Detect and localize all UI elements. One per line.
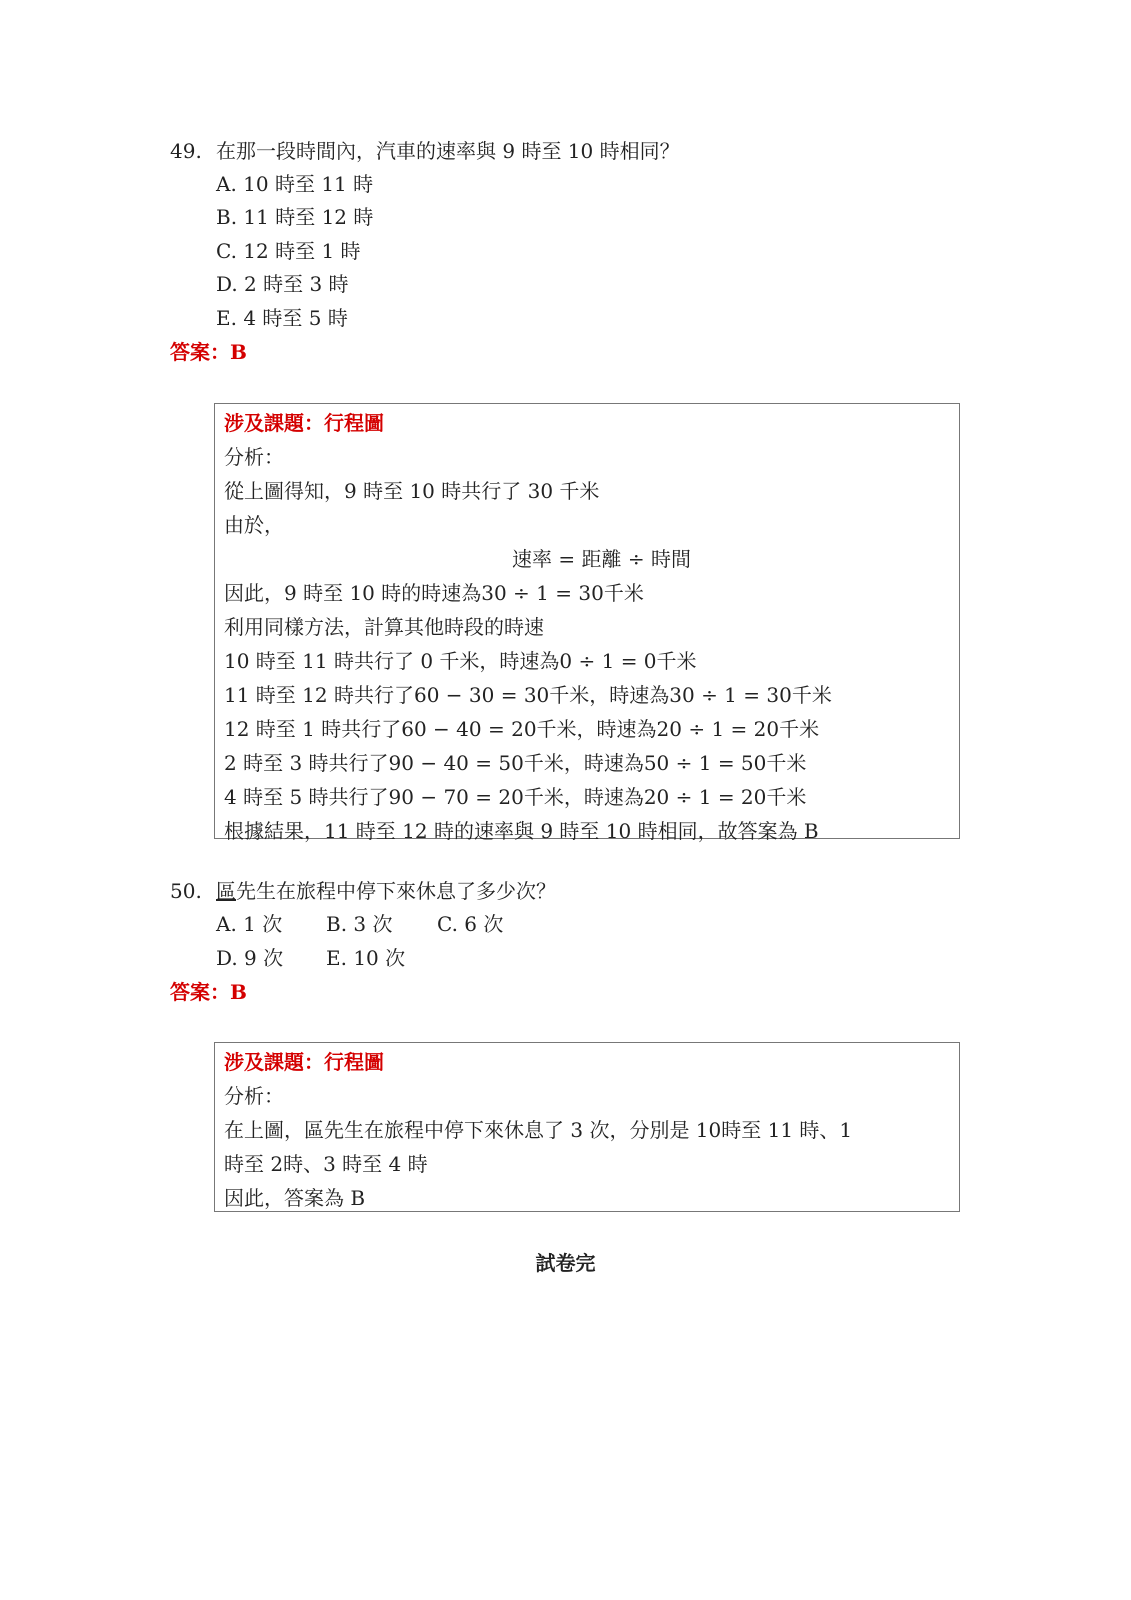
- option-c: C. 6 次: [437, 910, 503, 938]
- option-d: D. 2 時至 3 時: [216, 270, 349, 298]
- analysis-line: 因此，答案為 B: [224, 1181, 951, 1215]
- analysis-line: 12 時至 1 時共行了60 − 40 = 20千米，時速為20 ÷ 1 = 2…: [224, 712, 951, 746]
- question-number: 49.: [170, 137, 202, 165]
- analysis-line: 10 時至 11 時共行了 0 千米，時速為0 ÷ 1 = 0千米: [224, 644, 951, 678]
- analysis-box: 涉及課題：行程圖 分析： 在上圖，區先生在旅程中停下來休息了 3 次，分別是 1…: [214, 1042, 960, 1212]
- question-text: 區先生在旅程中停下來休息了多少次？: [216, 877, 556, 905]
- question-number: 50.: [170, 877, 202, 905]
- option-d: D. 9 次: [216, 944, 283, 972]
- question-text: 在那一段時間內，汽車的速率與 9 時至 10 時相同？: [216, 137, 680, 165]
- analysis-line: 分析：: [224, 440, 951, 474]
- topic-heading: 涉及課題：行程圖: [224, 406, 951, 440]
- formula-line: 速率 = 距離 ÷ 時間: [224, 542, 951, 576]
- option-c: C. 12 時至 1 時: [216, 237, 361, 265]
- option-b: B. 3 次: [326, 910, 393, 938]
- analysis-line: 因此，9 時至 10 時的時速為30 ÷ 1 = 30千米: [224, 576, 951, 610]
- underlined-name: 區: [216, 879, 236, 903]
- option-e: E. 10 次: [326, 944, 405, 972]
- paper-end-label: 試卷完: [0, 1249, 1131, 1277]
- analysis-line: 分析：: [224, 1079, 951, 1113]
- analysis-line: 11 時至 12 時共行了60 − 30 = 30千米，時速為30 ÷ 1 = …: [224, 678, 951, 712]
- analysis-line: 利用同樣方法，計算其他時段的時速: [224, 610, 951, 644]
- option-b: B. 11 時至 12 時: [216, 203, 373, 231]
- option-a: A. 10 時至 11 時: [216, 170, 373, 198]
- option-a: A. 1 次: [216, 910, 282, 938]
- analysis-line: 根據結果，11 時至 12 時的速率與 9 時至 10 時相同，故答案為 B: [224, 814, 951, 848]
- analysis-line: 在上圖，區先生在旅程中停下來休息了 3 次，分別是 10時至 11 時、1: [224, 1113, 951, 1147]
- option-e: E. 4 時至 5 時: [216, 304, 348, 332]
- question-text-rest: 先生在旅程中停下來休息了多少次？: [236, 879, 556, 903]
- answer-label: 答案：B: [170, 978, 247, 1006]
- analysis-line: 時至 2時、3 時至 4 時: [224, 1147, 951, 1181]
- analysis-line: 從上圖得知，9 時至 10 時共行了 30 千米: [224, 474, 951, 508]
- analysis-box: 涉及課題：行程圖 分析： 從上圖得知，9 時至 10 時共行了 30 千米 由於…: [214, 403, 960, 839]
- analysis-line: 4 時至 5 時共行了90 − 70 = 20千米，時速為20 ÷ 1 = 20…: [224, 780, 951, 814]
- analysis-line: 由於，: [224, 508, 951, 542]
- answer-label: 答案：B: [170, 338, 247, 366]
- topic-heading: 涉及課題：行程圖: [224, 1045, 951, 1079]
- analysis-line: 2 時至 3 時共行了90 − 40 = 50千米，時速為50 ÷ 1 = 50…: [224, 746, 951, 780]
